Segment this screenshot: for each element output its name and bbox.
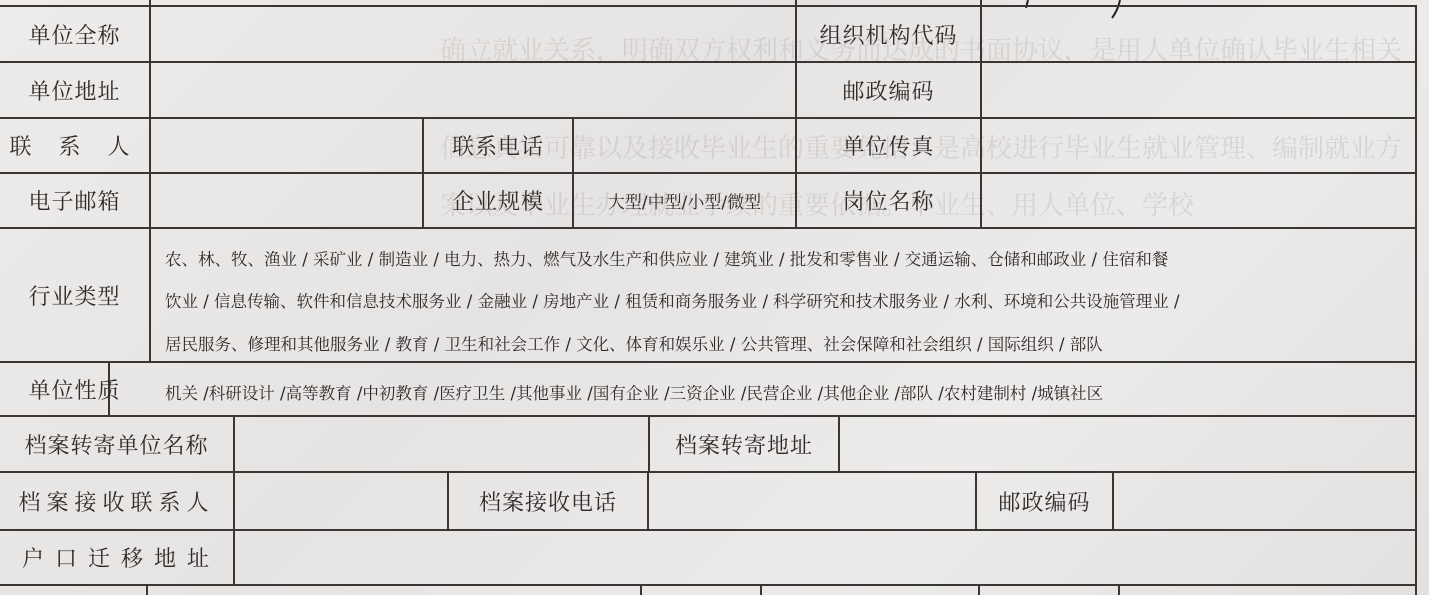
archive-transfer-unit-label: 档案转寄单位名称 (0, 417, 233, 471)
email-field[interactable] (151, 174, 422, 227)
contact-person-label: 联 系 人 (0, 119, 149, 172)
position-name-label: 岗位名称 (797, 174, 980, 227)
unit-nature-label: 单位性质 (0, 363, 149, 415)
household-migration-address-label: 户 口 迁 移 地 址 (0, 531, 233, 584)
industry-options-line-3[interactable]: 居民服务、修理和其他服务业 / 教育 / 卫生和社会工作 / 文化、体育和娱乐业… (165, 331, 1103, 355)
archive-transfer-unit-field[interactable] (235, 417, 648, 471)
contact-phone-label: 联系电话 (424, 119, 572, 172)
unit-address-field[interactable] (151, 63, 795, 117)
email-label: 电子邮箱 (0, 174, 149, 227)
unit-full-name-label: 单位全称 (0, 7, 149, 61)
contact-phone-field[interactable] (574, 119, 795, 172)
unit-full-name-field[interactable] (151, 7, 795, 61)
org-code-label: 组织机构代码 (797, 7, 980, 61)
archive-transfer-address-field[interactable] (840, 417, 1415, 471)
unit-fax-field[interactable] (982, 119, 1415, 172)
unit-fax-label: 单位传真 (797, 119, 980, 172)
industry-type-label: 行业类型 (0, 229, 149, 361)
household-migration-address-field[interactable] (235, 531, 1415, 584)
industry-options-line-1[interactable]: 农、林、牧、渔业 / 采矿业 / 制造业 / 电力、热力、燃气及水生产和供应业 … (165, 246, 1168, 270)
unit-nature-options[interactable]: 机关 /科研设计 /高等教育 /中初教育 /医疗卫生 /其他事业 /国有企业 /… (165, 380, 1103, 404)
archive-receive-contact-field[interactable] (235, 473, 447, 529)
industry-options-line-2[interactable]: 饮业 / 信息传输、软件和信息技术服务业 / 金融业 / 房地产业 / 租赁和商… (165, 288, 1180, 312)
archive-receive-contact-label: 档案接收联系人 (0, 473, 233, 529)
unit-address-label: 单位地址 (0, 63, 149, 117)
company-scale-options[interactable]: 大型/中型/小型/微型 (574, 174, 795, 227)
archive-postal-code-field[interactable] (1114, 473, 1415, 529)
org-code-field[interactable] (982, 7, 1415, 61)
archive-receive-phone-label: 档案接收电话 (449, 473, 647, 529)
position-name-field[interactable] (982, 174, 1415, 227)
archive-postal-code-label: 邮政编码 (977, 473, 1112, 529)
archive-receive-phone-field[interactable] (649, 473, 975, 529)
archive-transfer-address-label: 档案转寄地址 (650, 417, 838, 471)
company-scale-label: 企业规模 (424, 174, 572, 227)
postal-code-field[interactable] (982, 63, 1415, 117)
contact-person-field[interactable] (151, 119, 422, 172)
postal-code-label: 邮政编码 (797, 63, 980, 117)
